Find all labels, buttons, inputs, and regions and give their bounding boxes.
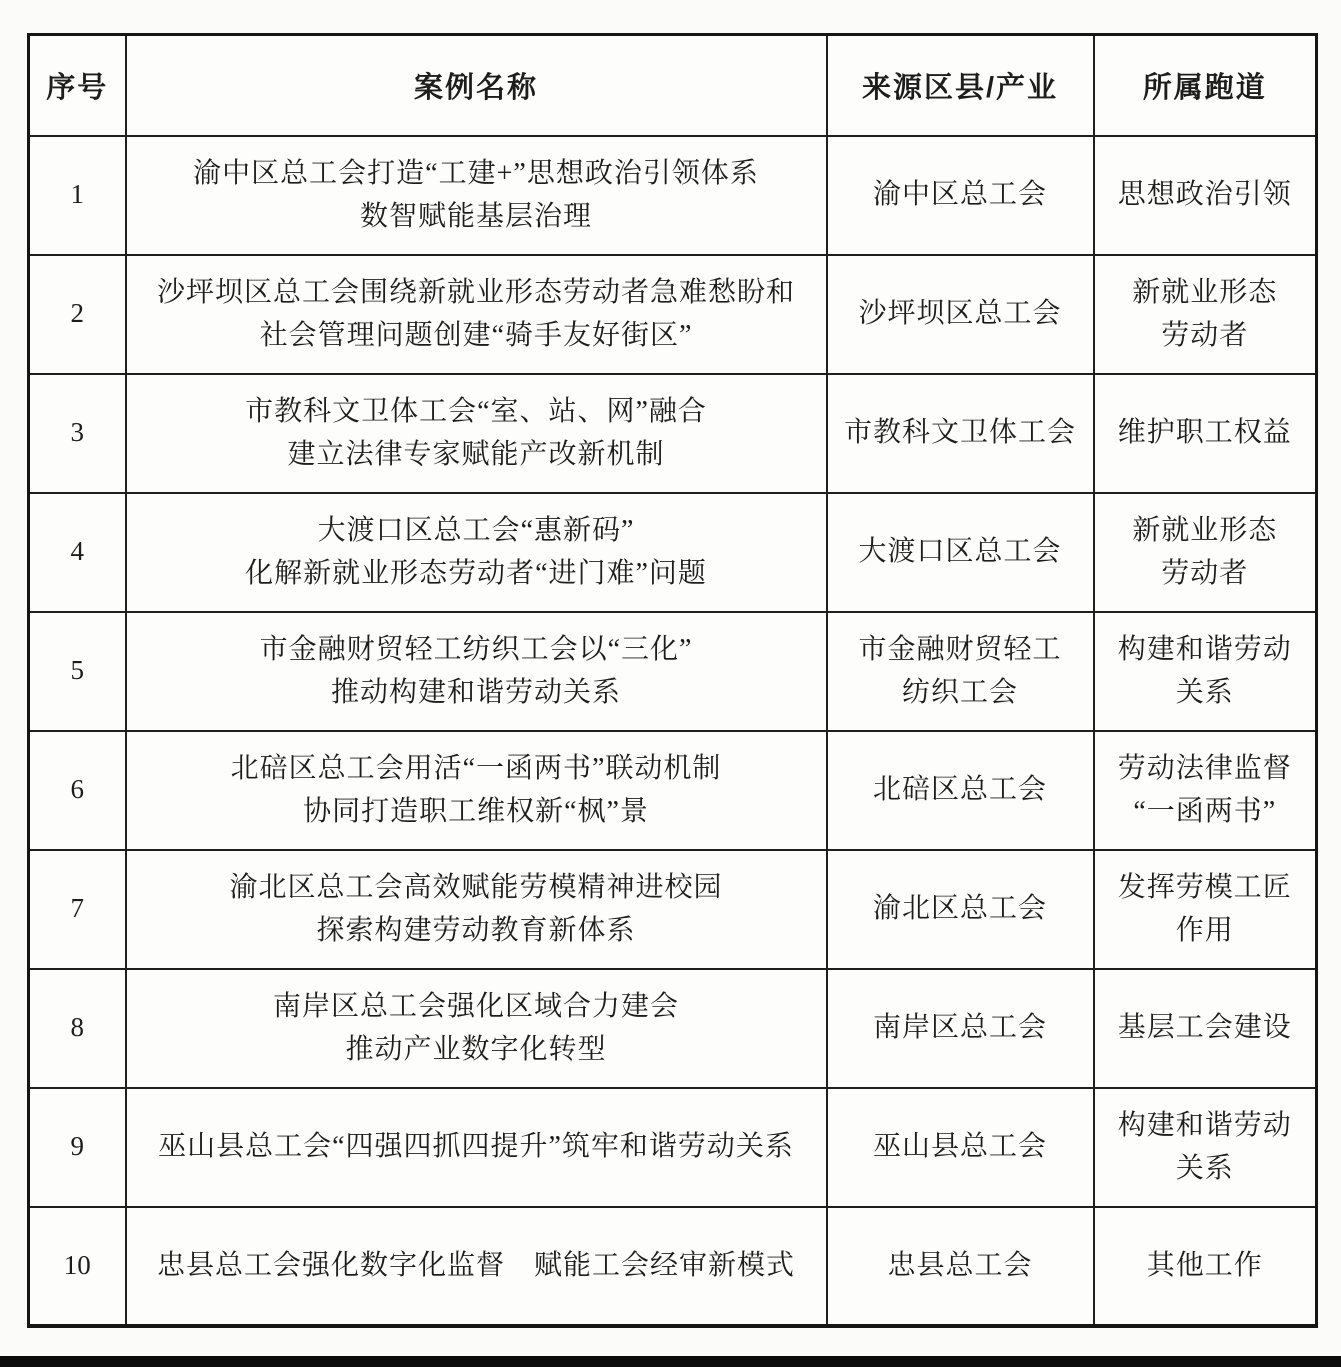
case-name-cell: 渝北区总工会高效赋能劳模精神进校园 探索构建劳动教育新体系 xyxy=(126,850,827,969)
table-row: 2 沙坪坝区总工会围绕新就业形态劳动者急难愁盼和 社会管理问题创建“骑手友好街区… xyxy=(29,255,1317,374)
track-cell: 劳动法律监督 “一函两书” xyxy=(1094,731,1317,850)
track-cell: 发挥劳模工匠 作用 xyxy=(1094,850,1317,969)
track-cell: 构建和谐劳动 关系 xyxy=(1094,612,1317,731)
serial-number-cell: 9 xyxy=(29,1088,126,1207)
source-cell: 北碚区总工会 xyxy=(827,731,1094,850)
track-cell: 基层工会建设 xyxy=(1094,969,1317,1088)
table-row: 8 南岸区总工会强化区域合力建会 推动产业数字化转型 南岸区总工会 基层工会建设 xyxy=(29,969,1317,1088)
source-cell: 渝中区总工会 xyxy=(827,136,1094,255)
track-cell: 新就业形态 劳动者 xyxy=(1094,255,1317,374)
track-cell: 构建和谐劳动 关系 xyxy=(1094,1088,1317,1207)
case-name-cell: 北碚区总工会用活“一函两书”联动机制 协同打造职工维权新“枫”景 xyxy=(126,731,827,850)
serial-number-cell: 8 xyxy=(29,969,126,1088)
scanned-document-page: 序号 案例名称 来源区县/产业 所属跑道 1 渝中区总工会打造“工建+”思想政治… xyxy=(0,0,1341,1367)
source-cell: 渝北区总工会 xyxy=(827,850,1094,969)
table-row: 4 大渡口区总工会“惠新码” 化解新就业形态劳动者“进门难”问题 大渡口区总工会… xyxy=(29,493,1317,612)
case-name-cell: 沙坪坝区总工会围绕新就业形态劳动者急难愁盼和 社会管理问题创建“骑手友好街区” xyxy=(126,255,827,374)
track-cell: 思想政治引领 xyxy=(1094,136,1317,255)
track-cell: 新就业形态 劳动者 xyxy=(1094,493,1317,612)
source-cell: 市金融财贸轻工 纺织工会 xyxy=(827,612,1094,731)
serial-number-cell: 4 xyxy=(29,493,126,612)
table-row: 3 市教科文卫体工会“室、站、网”融合 建立法律专家赋能产改新机制 市教科文卫体… xyxy=(29,374,1317,493)
serial-number-cell: 7 xyxy=(29,850,126,969)
table-row: 7 渝北区总工会高效赋能劳模精神进校园 探索构建劳动教育新体系 渝北区总工会 发… xyxy=(29,850,1317,969)
serial-number-cell: 1 xyxy=(29,136,126,255)
cases-table: 序号 案例名称 来源区县/产业 所属跑道 1 渝中区总工会打造“工建+”思想政治… xyxy=(27,33,1318,1328)
serial-number-cell: 2 xyxy=(29,255,126,374)
page-bottom-rule xyxy=(0,1356,1341,1367)
case-name-cell: 南岸区总工会强化区域合力建会 推动产业数字化转型 xyxy=(126,969,827,1088)
case-name-cell: 市教科文卫体工会“室、站、网”融合 建立法律专家赋能产改新机制 xyxy=(126,374,827,493)
header-case-name: 案例名称 xyxy=(126,35,827,136)
table-header-row: 序号 案例名称 来源区县/产业 所属跑道 xyxy=(29,35,1317,136)
source-cell: 沙坪坝区总工会 xyxy=(827,255,1094,374)
table-row: 1 渝中区总工会打造“工建+”思想政治引领体系 数智赋能基层治理 渝中区总工会 … xyxy=(29,136,1317,255)
track-cell: 其他工作 xyxy=(1094,1207,1317,1326)
case-name-cell: 忠县总工会强化数字化监督 赋能工会经审新模式 xyxy=(126,1207,827,1326)
case-name-cell: 巫山县总工会“四强四抓四提升”筑牢和谐劳动关系 xyxy=(126,1088,827,1207)
case-name-cell: 市金融财贸轻工纺织工会以“三化” 推动构建和谐劳动关系 xyxy=(126,612,827,731)
case-name-cell: 渝中区总工会打造“工建+”思想政治引领体系 数智赋能基层治理 xyxy=(126,136,827,255)
serial-number-cell: 5 xyxy=(29,612,126,731)
source-cell: 南岸区总工会 xyxy=(827,969,1094,1088)
header-serial-number: 序号 xyxy=(29,35,126,136)
source-cell: 市教科文卫体工会 xyxy=(827,374,1094,493)
source-cell: 巫山县总工会 xyxy=(827,1088,1094,1207)
track-cell: 维护职工权益 xyxy=(1094,374,1317,493)
serial-number-cell: 3 xyxy=(29,374,126,493)
case-name-cell: 大渡口区总工会“惠新码” 化解新就业形态劳动者“进门难”问题 xyxy=(126,493,827,612)
header-track: 所属跑道 xyxy=(1094,35,1317,136)
table-row: 6 北碚区总工会用活“一函两书”联动机制 协同打造职工维权新“枫”景 北碚区总工… xyxy=(29,731,1317,850)
serial-number-cell: 6 xyxy=(29,731,126,850)
serial-number-cell: 10 xyxy=(29,1207,126,1326)
table-row: 10 忠县总工会强化数字化监督 赋能工会经审新模式 忠县总工会 其他工作 xyxy=(29,1207,1317,1326)
table-row: 9 巫山县总工会“四强四抓四提升”筑牢和谐劳动关系 巫山县总工会 构建和谐劳动 … xyxy=(29,1088,1317,1207)
source-cell: 大渡口区总工会 xyxy=(827,493,1094,612)
table-row: 5 市金融财贸轻工纺织工会以“三化” 推动构建和谐劳动关系 市金融财贸轻工 纺织… xyxy=(29,612,1317,731)
source-cell: 忠县总工会 xyxy=(827,1207,1094,1326)
header-source-district-industry: 来源区县/产业 xyxy=(827,35,1094,136)
